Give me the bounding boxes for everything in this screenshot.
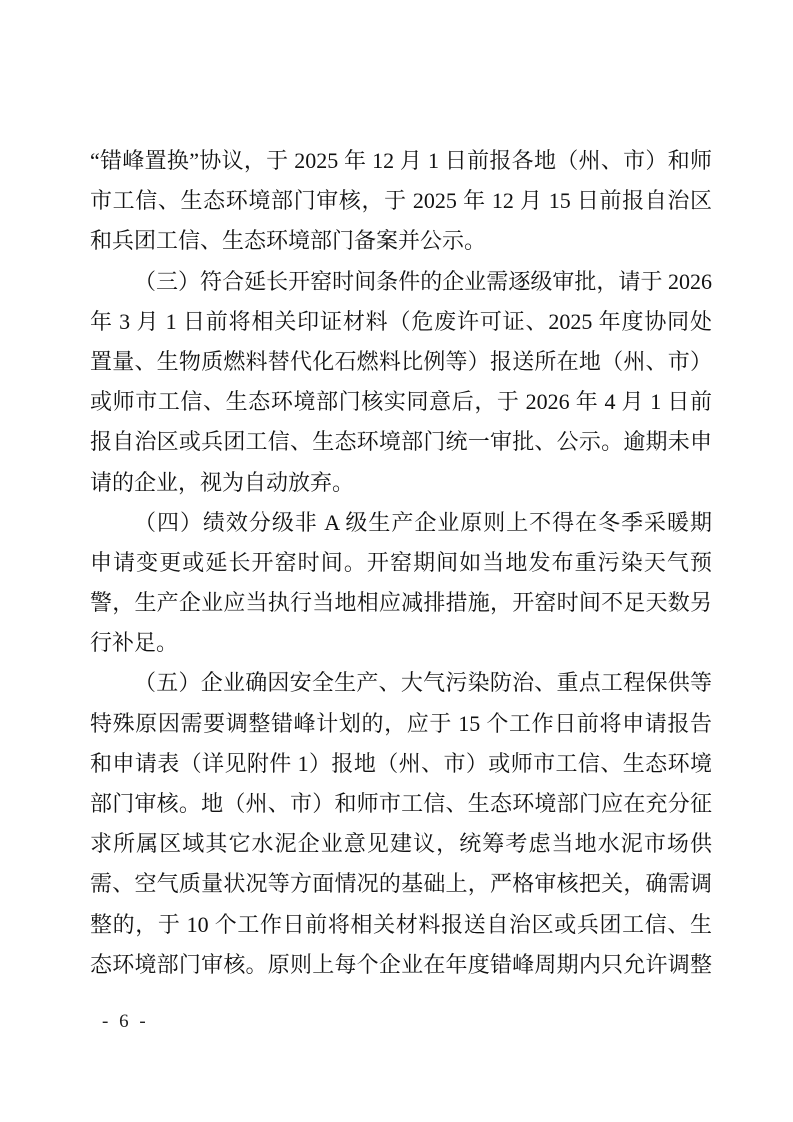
text-line: 整的，于 10 个工作日前将相关材料报送自治区或兵团工信、生 [90, 905, 712, 945]
page-number: - 6 - [102, 1008, 149, 1036]
paragraph-continuation: “错峰置换”协议，于 2025 年 12 月 1 日前报各地（州、市）和师 市工… [90, 141, 712, 262]
text-line: 或师市工信、生态环境部门核实同意后，于 2026 年 4 月 1 日前 [90, 382, 712, 422]
text-line: 态环境部门审核。原则上每个企业在年度错峰周期内只允许调整 [90, 945, 712, 985]
text-line: 市工信、生态环境部门审核，于 2025 年 12 月 15 日前报自治区 [90, 181, 712, 221]
text-line: 请的企业，视为自动放弃。 [90, 463, 712, 503]
text-line: 和兵团工信、生态环境部门备案并公示。 [90, 221, 712, 261]
paragraph-item-3: （三）符合延长开窑时间条件的企业需逐级审批，请于 2026 年 3 月 1 日前… [90, 262, 712, 503]
text-line: 求所属区域其它水泥企业意见建议，统筹考虑当地水泥市场供 [90, 824, 712, 864]
document-page: “错峰置换”协议，于 2025 年 12 月 1 日前报各地（州、市）和师 市工… [0, 0, 793, 1122]
text-line: 和申请表（详见附件 1）报地（州、市）或师市工信、生态环境 [90, 744, 712, 784]
text-line: “错峰置换”协议，于 2025 年 12 月 1 日前报各地（州、市）和师 [90, 141, 712, 181]
text-line: 特殊原因需要调整错峰计划的，应于 15 个工作日前将申请报告 [90, 704, 712, 744]
text-line: 部门审核。地（州、市）和师市工信、生态环境部门应在充分征 [90, 784, 712, 824]
text-line: 警，生产企业应当执行当地相应减排措施，开窑时间不足天数另 [90, 583, 712, 623]
text-line: 申请变更或延长开窑时间。开窑期间如当地发布重污染天气预 [90, 543, 712, 583]
text-line: （五）企业确因安全生产、大气污染防治、重点工程保供等 [90, 663, 712, 703]
document-body: “错峰置换”协议，于 2025 年 12 月 1 日前报各地（州、市）和师 市工… [90, 141, 712, 985]
text-line: （四）绩效分级非 A 级生产企业原则上不得在冬季采暖期 [90, 503, 712, 543]
text-line: 需、空气质量状况等方面情况的基础上，严格审核把关，确需调 [90, 864, 712, 904]
text-line: 行补足。 [90, 623, 712, 663]
text-line: 报自治区或兵团工信、生态环境部门统一审批、公示。逾期未申 [90, 422, 712, 462]
text-line: 年 3 月 1 日前将相关印证材料（危废许可证、2025 年度协同处 [90, 302, 712, 342]
paragraph-item-5: （五）企业确因安全生产、大气污染防治、重点工程保供等 特殊原因需要调整错峰计划的… [90, 663, 712, 985]
paragraph-item-4: （四）绩效分级非 A 级生产企业原则上不得在冬季采暖期 申请变更或延长开窑时间。… [90, 503, 712, 664]
text-line: 置量、生物质燃料替代化石燃料比例等）报送所在地（州、市） [90, 342, 712, 382]
text-line: （三）符合延长开窑时间条件的企业需逐级审批，请于 2026 [90, 262, 712, 302]
